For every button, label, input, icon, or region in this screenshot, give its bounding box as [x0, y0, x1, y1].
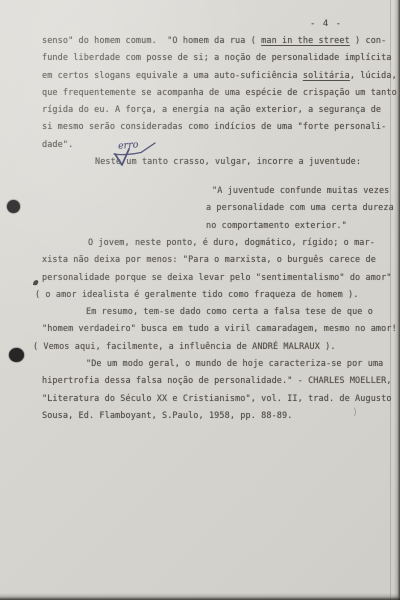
typed-line: funde liberdade com posse de si; a noção… — [42, 53, 392, 64]
typed-line: xista não deixa por menos: "Para o marxi… — [42, 255, 376, 266]
typed-line: ( o amor idealista é geralmente tido com… — [35, 290, 358, 301]
quote-line: "A juventude confunde muitas vezes — [212, 186, 389, 197]
typed-line: ( Vemos aqui, facilmente, a influência d… — [33, 342, 336, 353]
caret-mark — [100, 138, 172, 168]
paper-edge-bottom — [0, 593, 400, 600]
line-text: em certos slogans equivale a uma auto-su… — [42, 71, 303, 81]
typed-line: personalidade porque se deixa levar pelo… — [42, 273, 392, 284]
typed-line: Sousa, Ed. Flamboyant, S.Paulo, 1958, pp… — [42, 411, 292, 422]
ink-smudge — [31, 278, 41, 288]
ink-dot — [7, 200, 20, 213]
line-text: ) con- — [350, 36, 387, 46]
typed-line: dade". — [42, 140, 73, 151]
quote-line: no comportamento exterior." — [206, 221, 347, 232]
pencil-mark: ) — [352, 407, 358, 418]
ink-dot — [9, 348, 24, 362]
quote-line: a personalidade com uma certa dureza — [206, 203, 394, 214]
typed-line: si mesmo serão consideradas como indício… — [42, 122, 386, 133]
typed-line: em certos slogans equivale a uma auto-su… — [42, 71, 397, 82]
typed-line: "Literatura do Século XX e Cristianismo"… — [42, 394, 392, 405]
typed-line: rígida do eu. A força, a energia na ação… — [42, 105, 381, 116]
paper-edge-right — [394, 0, 400, 600]
typed-line: senso" do homem comum. "O homem da rua (… — [42, 36, 386, 47]
underlined-phrase: solitária — [303, 71, 350, 81]
typed-line: hipertrofia dessa falsa noção de persona… — [42, 376, 392, 387]
typed-line: "De um modo geral, o mundo de hoje carac… — [86, 359, 383, 370]
paper-fold-line — [390, 0, 391, 600]
typed-line: "homem verdadeiro" busca em tudo a viril… — [42, 324, 397, 335]
page-number: - 4 - — [310, 19, 342, 30]
typed-line: Em resumo, tem-se dado como certa a fals… — [86, 307, 373, 318]
typed-line: O jovem, neste ponto, é duro, dogmático,… — [88, 238, 375, 249]
line-text: senso" do homem comum. "O homem da rua ( — [42, 36, 261, 46]
document-page: - 4 - senso" do homem comum. "O homem da… — [0, 0, 400, 600]
underlined-phrase: man in the street — [261, 36, 350, 46]
typed-line: que frequentemente se acompanha de uma e… — [42, 88, 397, 99]
